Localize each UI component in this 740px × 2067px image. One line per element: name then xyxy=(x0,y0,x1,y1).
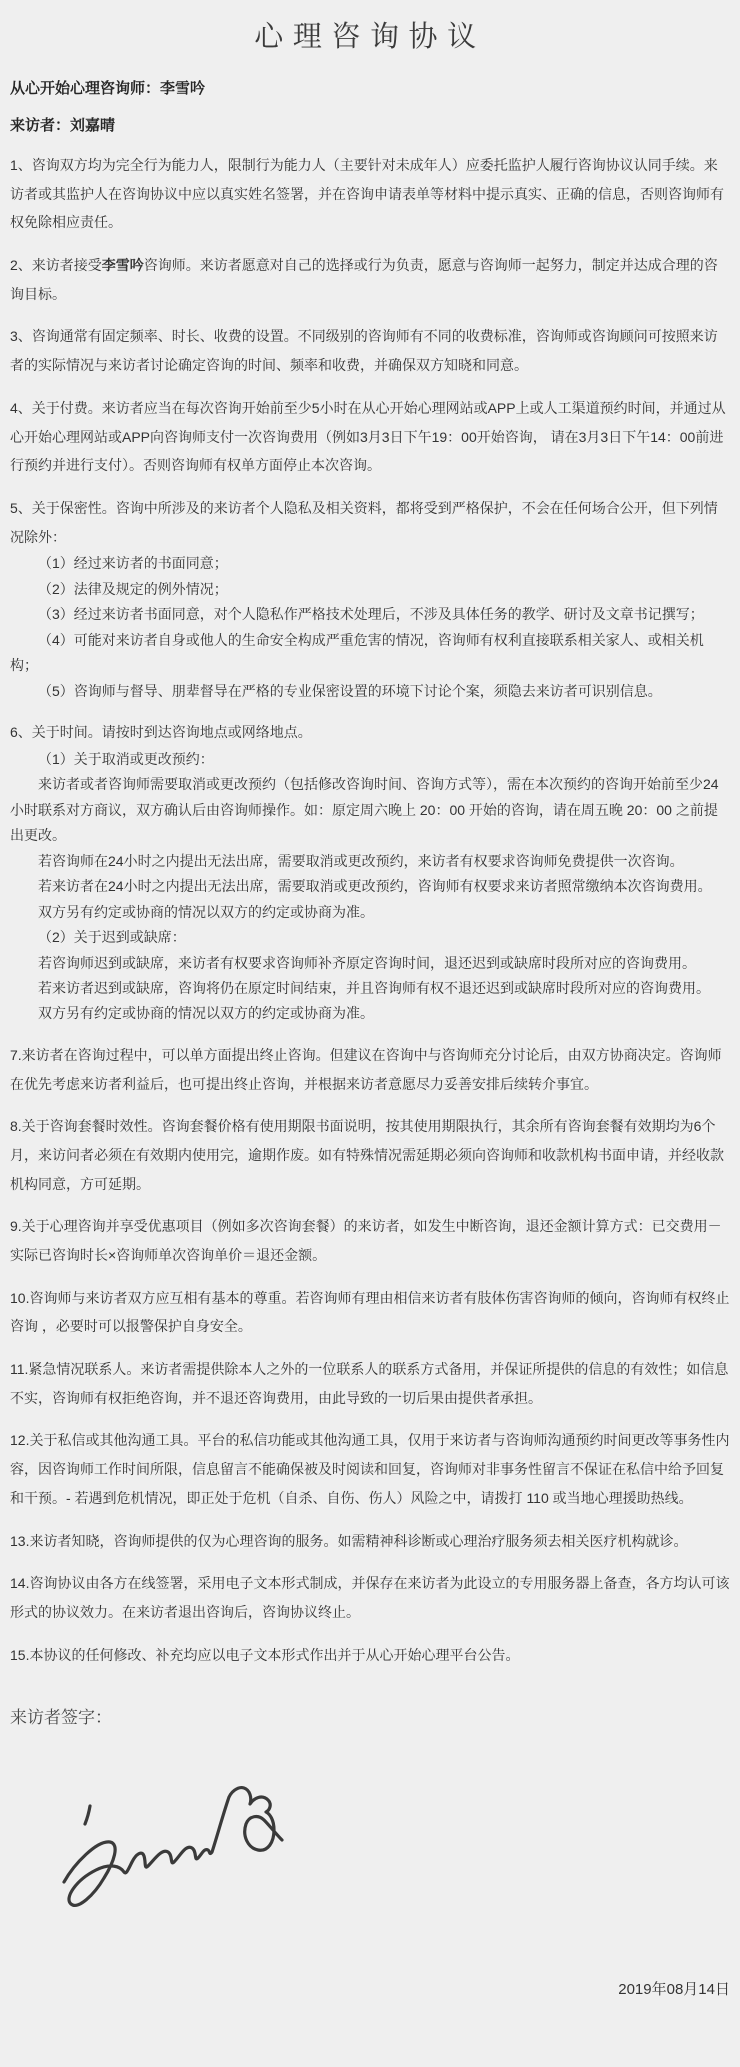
clause-3: 3、咨询通常有固定频率、时长、收费的设置。不同级别的咨询师有不同的收费标准，咨询… xyxy=(10,322,730,379)
clause-6-item: （2）关于迟到或缺席： xyxy=(10,925,730,950)
clause-1: 1、咨询双方均为完全行为能力人，限制行为能力人（主要针对未成年人）应委托监护人履… xyxy=(10,151,730,237)
clause-6-item: 双方另有约定或协商的情况以双方的约定或协商为准。 xyxy=(10,1001,730,1026)
clause-11: 11.紧急情况联系人。来访者需提供除本人之外的一位联系人的联系方式备用，并保证所… xyxy=(10,1355,730,1412)
visitor-name: 刘嘉晴 xyxy=(70,117,115,134)
clause-15: 15.本协议的任何修改、补充均应以电子文本形式作出并于从心开始心理平台公告。 xyxy=(10,1641,730,1670)
clause-2-prefix: 2、来访者接受 xyxy=(10,257,102,273)
clause-5-item: （5）咨询师与督导、朋辈督导在严格的专业保密设置的环境下讨论个案，须隐去来访者可… xyxy=(10,679,730,704)
counselor-name-emphasis: 李雪吟 xyxy=(102,257,144,273)
clause-13: 13.来访者知晓，咨询师提供的仅为心理咨询的服务。如需精神科诊断或心理治疗服务须… xyxy=(10,1527,730,1556)
clause-5-item: （4）可能对来访者自身或他人的生命安全构成严重危害的情况，咨询师有权利直接联系相… xyxy=(10,628,730,679)
clause-6-item: 若咨询师在24小时之内提出无法出席，需要取消或更改预约，来访者有权要求咨询师免费… xyxy=(10,849,730,874)
counselor-label: 从心开始心理咨询师： xyxy=(10,80,160,97)
visitor-signature-label: 来访者签字： xyxy=(10,1703,730,1728)
clause-8: 8.关于咨询套餐时效性。咨询套餐价格有使用期限书面说明，按其使用期限执行，其余所… xyxy=(10,1112,730,1198)
clause-6-intro: 6、关于时间。请按时到达咨询地点或网络地点。 xyxy=(10,718,730,747)
clause-12: 12.关于私信或其他沟通工具。平台的私信功能或其他沟通工具，仅用于来访者与咨询师… xyxy=(10,1426,730,1512)
clause-6-item: 来访者或者咨询师需要取消或更改预约（包括修改咨询时间、咨询方式等），需在本次预约… xyxy=(10,772,730,848)
visitor-signature-drawing xyxy=(52,1778,296,1928)
clause-6-item: 若来访者在24小时之内提出无法出席，需要取消或更改预约，咨询师有权要求来访者照常… xyxy=(10,874,730,899)
clause-4: 4、关于付费。来访者应当在每次咨询开始前至少5小时在从心开始心理网站或APP上或… xyxy=(10,394,730,480)
visitor-label: 来访者： xyxy=(10,117,70,134)
clause-5-intro: 5、关于保密性。咨询中所涉及的来访者个人隐私及相关资料，都将受到严格保护，不会在… xyxy=(10,494,730,551)
clause-5-item: （2）法律及规定的例外情况； xyxy=(10,577,730,602)
clause-5: 5、关于保密性。咨询中所涉及的来访者个人隐私及相关资料，都将受到严格保护，不会在… xyxy=(10,494,730,704)
signature-main-stroke xyxy=(64,1788,282,1906)
clause-6-item: 双方另有约定或协商的情况以双方的约定或协商为准。 xyxy=(10,900,730,925)
clause-6-item: （1）关于取消或更改预约： xyxy=(10,747,730,772)
clause-5-item: （3）经过来访者书面同意，对个人隐私作严格技术处理后，不涉及具体任务的教学、研讨… xyxy=(10,602,730,627)
agreement-document: 心理咨询协议 从心开始心理咨询师：李雪吟 来访者：刘嘉晴 1、咨询双方均为完全行… xyxy=(0,0,740,2067)
clause-14: 14.咨询协议由各方在线签署，采用电子文本形式制成，并保存在来访者为此设立的专用… xyxy=(10,1569,730,1626)
clause-7: 7.来访者在咨询过程中，可以单方面提出终止咨询。但建议在咨询中与咨询师充分讨论后… xyxy=(10,1041,730,1098)
clause-9: 9.关于心理咨询并享受优惠项目（例如多次咨询套餐）的来访者，如发生中断咨询，退还… xyxy=(10,1212,730,1269)
signature-area xyxy=(10,1728,730,1966)
signing-date: 2019年08月14日 xyxy=(10,1978,730,1999)
signature-tick-stroke xyxy=(85,1806,90,1824)
clause-6-item: 若咨询师迟到或缺席，来访者有权要求咨询师补齐原定咨询时间，退还迟到或缺席时段所对… xyxy=(10,951,730,976)
clause-10: 10.咨询师与来访者双方应互相有基本的尊重。若咨询师有理由相信来访者有肢体伤害咨… xyxy=(10,1284,730,1341)
clause-2: 2、来访者接受李雪吟咨询师。来访者愿意对自己的选择或行为负责，愿意与咨询师一起努… xyxy=(10,251,730,308)
clause-5-item: （1）经过来访者的书面同意； xyxy=(10,551,730,576)
counselor-line: 从心开始心理咨询师：李雪吟 xyxy=(10,77,730,98)
page-title: 心理咨询协议 xyxy=(10,14,730,55)
counselor-name: 李雪吟 xyxy=(160,80,205,97)
clause-6-item: 若来访者迟到或缺席，咨询将仍在原定时间结束，并且咨询师有权不退还迟到或缺席时段所… xyxy=(10,976,730,1001)
clause-6: 6、关于时间。请按时到达咨询地点或网络地点。 （1）关于取消或更改预约： 来访者… xyxy=(10,718,730,1027)
visitor-line: 来访者：刘嘉晴 xyxy=(10,114,730,135)
